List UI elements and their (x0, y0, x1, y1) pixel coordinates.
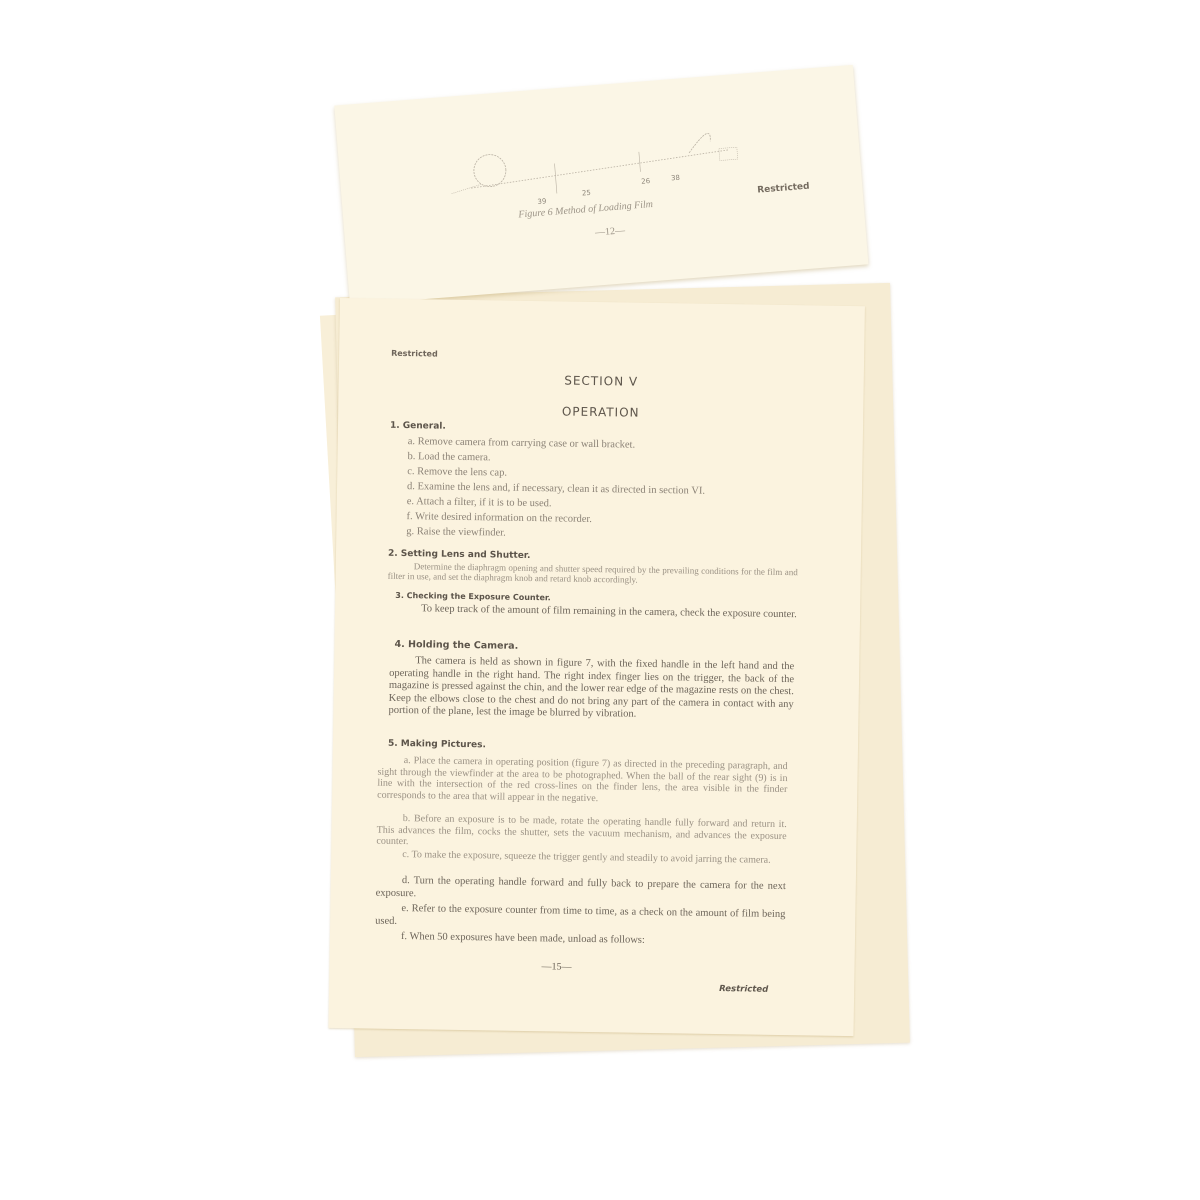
heading-holding-camera: 4. Holding the Camera. (394, 639, 518, 652)
paragraph: a. Place the camera in operating positio… (377, 755, 788, 807)
page-number: —12— (595, 225, 626, 238)
list-item: f. Write desired information on the reco… (406, 511, 592, 525)
paragraph: To keep track of the amount of film rema… (395, 603, 800, 622)
callout-label: 39 (537, 197, 547, 206)
heading-general: 1. General. (390, 421, 446, 432)
section-subtitle: OPERATION (338, 401, 863, 423)
heading-making-pictures: 5. Making Pictures. (388, 739, 486, 751)
list-item: e. Attach a filter, if it is to be used. (407, 496, 552, 509)
callout-label: 25 (582, 189, 592, 198)
list-item: d. Examine the lens and, if necessary, c… (407, 481, 705, 497)
classification-header: Restricted (391, 349, 438, 359)
paragraph: d. Turn the operating handle forward and… (376, 875, 786, 906)
callout-label: 26 (641, 177, 651, 186)
list-item: g. Raise the viewfinder. (406, 526, 506, 539)
folded-page-12: 39 25 26 38 Figure 6 Method of Loading F… (334, 65, 868, 305)
paragraph: e. Refer to the exposure counter from ti… (375, 903, 785, 934)
film-loading-diagram (447, 107, 772, 212)
manual-page-15: Restricted SECTION V OPERATION 1. Genera… (329, 298, 865, 1036)
paragraph: Determine the diaphragm opening and shut… (388, 561, 798, 587)
heading-exposure-counter: 3. Checking the Exposure Counter. (395, 591, 551, 602)
paragraph: b. Before an exposure is to be made, rot… (376, 813, 786, 854)
list-item: a. Remove camera from carrying case or w… (408, 436, 636, 451)
list-item: b. Load the camera. (407, 451, 490, 463)
page-number: —15— (541, 961, 571, 972)
heading-setting-lens: 2. Setting Lens and Shutter. (388, 549, 531, 561)
callout-label: 38 (671, 174, 681, 183)
classification-footer: Restricted (719, 984, 768, 995)
section-title: SECTION V (339, 370, 864, 392)
list-item: c. Remove the lens cap. (407, 466, 507, 479)
paragraph: f. When 50 exposures have been made, unl… (375, 931, 785, 950)
paragraph: The camera is held as shown in figure 7,… (388, 655, 794, 724)
